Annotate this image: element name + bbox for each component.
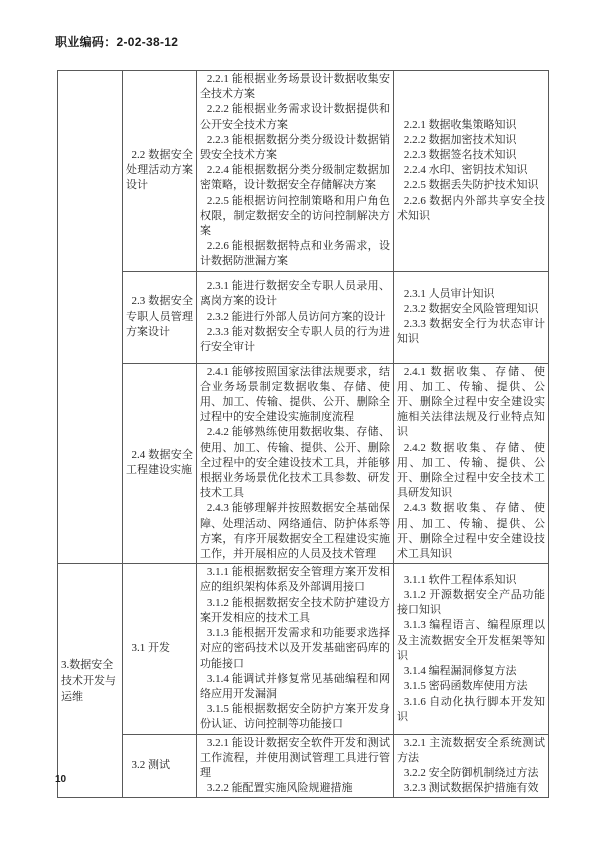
skills-cell: 3.2.1 能设计数据安全软件开发和测试工作流程，并使用测试管理工具进行管理 3…	[197, 734, 394, 798]
skill-item: 3.2.2 能配置实施风险规避措施	[200, 781, 390, 796]
task-label: 2.2 数据安全处理活动方案设计	[126, 148, 193, 194]
knowledge-item: 2.3.1 人员审计知识	[397, 287, 545, 302]
skill-item: 3.1.1 能根据数据安全管理方案开发相应的组织架构体系及外部调用接口	[200, 565, 390, 595]
duty-label: 3.数据安全技术开发与运维	[61, 657, 119, 705]
skill-item: 2.2.4 能根据数据分类分级制定数据加密策略，设计数据安全存储解决方案	[200, 163, 390, 193]
skills-cell: 2.2.1 能根据业务场景设计数据收集安全技术方案 2.2.2 能根据业务需求设…	[197, 71, 394, 272]
skill-item: 2.2.2 能根据业务需求设计数据提供和公开安全技术方案	[200, 102, 390, 132]
skill-item: 3.1.4 能调试并修复常见基础编程和网络应用开发漏洞	[200, 672, 390, 702]
knowledge-item: 3.1.2 开源数据安全产品功能接口知识	[397, 588, 545, 618]
table-row: 3.2 测试 3.2.1 能设计数据安全软件开发和测试工作流程，并使用测试管理工…	[58, 734, 549, 798]
knowledge-item: 3.1.6 自动化执行脚本开发知识	[397, 695, 545, 725]
task-cell: 2.2 数据安全处理活动方案设计	[123, 71, 197, 272]
knowledge-item: 2.2.5 数据丢失防护技术知识	[397, 178, 545, 193]
knowledge-item: 2.2.2 数据加密技术知识	[397, 133, 545, 148]
skill-item: 2.3.3 能对数据安全专职人员的行为进行安全审计	[200, 325, 390, 355]
task-label: 3.1 开发	[126, 641, 193, 656]
knowledge-item: 3.1.4 编程漏洞修复方法	[397, 664, 545, 679]
skill-item: 3.1.5 能根据数据安全防护方案开发身份认证、访问控制等功能接口	[200, 702, 390, 732]
knowledge-item: 3.1.3 编程语言、编程原理以及主流数据安全开发框架等知识	[397, 618, 545, 664]
skill-item: 3.1.2 能根据数据安全技术防护建设方案开发相应的技术工具	[200, 596, 390, 626]
table-row: 2.3 数据安全专职人员管理方案设计 2.3.1 能进行数据安全专职人员录用、离…	[58, 271, 549, 363]
task-cell: 3.1 开发	[123, 564, 197, 734]
duty-cell-empty	[58, 71, 123, 564]
knowledge-item: 3.2.3 测试数据保护措施有效	[397, 781, 545, 796]
knowledge-item: 2.2.3 数据签名技术知识	[397, 148, 545, 163]
skill-item: 3.1.3 能根据开发需求和功能要求选择对应的密码技术以及开发基础密码库的功能接…	[200, 626, 390, 672]
task-cell: 3.2 测试	[123, 734, 197, 798]
knowledge-cell: 2.4.1 数据收集、存储、使用、加工、传输、提供、公开、删除全过程中安全建设实…	[394, 363, 549, 564]
task-cell: 2.4 数据安全工程建设实施	[123, 363, 197, 564]
table-row: 2.4 数据安全工程建设实施 2.4.1 能够按照国家法律法规要求，结合业务场景…	[58, 363, 549, 564]
knowledge-item: 3.1.5 密码函数库使用方法	[397, 679, 545, 694]
skill-item: 2.2.3 能根据数据分类分级设计数据销毁安全技术方案	[200, 133, 390, 163]
skills-knowledge-table: 2.2 数据安全处理活动方案设计 2.2.1 能根据业务场景设计数据收集安全技术…	[57, 70, 549, 798]
knowledge-item: 3.2.1 主流数据安全系统测试方法	[397, 736, 545, 766]
skills-cell: 3.1.1 能根据数据安全管理方案开发相应的组织架构体系及外部调用接口 3.1.…	[197, 564, 394, 734]
task-label: 3.2 测试	[126, 758, 193, 773]
task-cell: 2.3 数据安全专职人员管理方案设计	[123, 271, 197, 363]
knowledge-cell: 2.2.1 数据收集策略知识 2.2.2 数据加密技术知识 2.2.3 数据签名…	[394, 71, 549, 272]
skill-item: 2.4.3 能够理解并按照数据安全基础保障、处理活动、网络通信、防护体系等方案，…	[200, 501, 390, 562]
skill-item: 2.2.6 能根据数据特点和业务需求，设计数据防泄漏方案	[200, 239, 390, 269]
skill-item: 2.2.1 能根据业务场景设计数据收集安全技术方案	[200, 72, 390, 102]
knowledge-cell: 3.1.1 软件工程体系知识 3.1.2 开源数据安全产品功能接口知识 3.1.…	[394, 564, 549, 734]
skill-item: 3.2.1 能设计数据安全软件开发和测试工作流程，并使用测试管理工具进行管理	[200, 736, 390, 782]
knowledge-item: 2.4.2 数据收集、存储、使用、加工、传输、提供、公开、删除全过程中安全技术工…	[397, 441, 545, 502]
skills-cell: 2.3.1 能进行数据安全专职人员录用、离岗方案的设计 2.3.2 能进行外部人…	[197, 271, 394, 363]
duty-cell: 3.数据安全技术开发与运维	[58, 564, 123, 798]
knowledge-item: 2.3.2 数据安全风险管理知识	[397, 302, 545, 317]
table-row: 2.2 数据安全处理活动方案设计 2.2.1 能根据业务场景设计数据收集安全技术…	[58, 71, 549, 272]
knowledge-item: 3.2.2 安全防御机制绕过方法	[397, 766, 545, 781]
skill-item: 2.4.1 能够按照国家法律法规要求，结合业务场景制定数据收集、存储、使用、加工…	[200, 365, 390, 426]
knowledge-item: 2.4.1 数据收集、存储、使用、加工、传输、提供、公开、删除全过程中安全建设实…	[397, 365, 545, 441]
knowledge-item: 2.3.3 数据安全行为状态审计知识	[397, 317, 545, 347]
skill-item: 2.3.1 能进行数据安全专职人员录用、离岗方案的设计	[200, 279, 390, 309]
skill-item: 2.4.2 能够熟练使用数据收集、存储、使用、加工、传输、提供、公开、删除全过程…	[200, 425, 390, 501]
knowledge-item: 2.4.3 数据收集、存储、使用、加工、传输、提供、公开、删除全过程中安全建设技…	[397, 501, 545, 562]
knowledge-cell: 3.2.1 主流数据安全系统测试方法 3.2.2 安全防御机制绕过方法 3.2.…	[394, 734, 549, 798]
page-number: 10	[55, 774, 66, 785]
knowledge-item: 2.2.1 数据收集策略知识	[397, 118, 545, 133]
knowledge-cell: 2.3.1 人员审计知识 2.3.2 数据安全风险管理知识 2.3.3 数据安全…	[394, 271, 549, 363]
skill-item: 2.3.2 能进行外部人员访问方案的设计	[200, 310, 390, 325]
table-row: 3.数据安全技术开发与运维 3.1 开发 3.1.1 能根据数据安全管理方案开发…	[58, 564, 549, 734]
occupation-code-label: 职业编码：2-02-38-12	[55, 33, 178, 50]
knowledge-item: 2.2.6 数据内外部共享安全技术知识	[397, 194, 545, 224]
document-page: 职业编码：2-02-38-12 2.2 数据安全处理活动方案设计 2.2.1 能…	[0, 0, 600, 848]
skills-cell: 2.4.1 能够按照国家法律法规要求，结合业务场景制定数据收集、存储、使用、加工…	[197, 363, 394, 564]
task-label: 2.3 数据安全专职人员管理方案设计	[126, 294, 193, 340]
task-label: 2.4 数据安全工程建设实施	[126, 448, 193, 478]
knowledge-item: 3.1.1 软件工程体系知识	[397, 573, 545, 588]
knowledge-item: 2.2.4 水印、密钥技术知识	[397, 163, 545, 178]
skill-item: 2.2.5 能根据访问控制策略和用户角色权限，制定数据安全的访问控制解决方案	[200, 194, 390, 240]
